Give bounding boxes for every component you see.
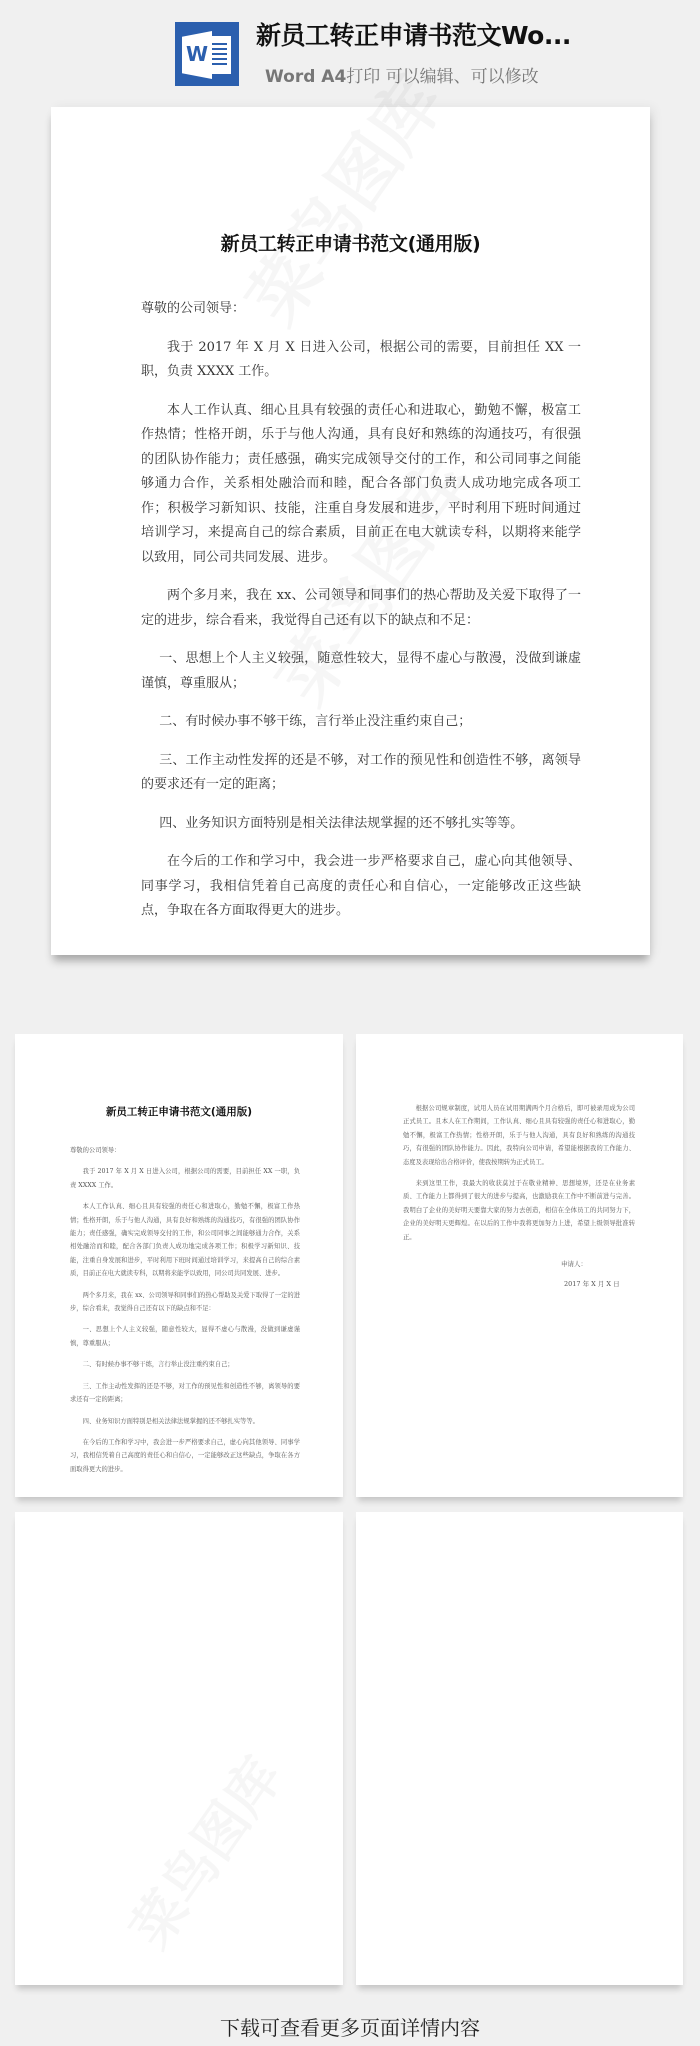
document-title: 新员工转正申请书范文Wo... (256, 16, 571, 52)
paragraph: 来到这里工作，我最大的收获莫过于在敬业精神、思想境界，还是在业务素质、工作能力上… (403, 1177, 635, 1244)
salutation: 尊敬的公司领导： (70, 1144, 300, 1157)
subtitle-format: Word A4 (265, 67, 346, 87)
page-thumbnail-1[interactable]: 新员工转正申请书范文(通用版) 尊敬的公司领导： 我于 2017 年 X 月 X… (15, 1034, 343, 1497)
page-title: 新员工转正申请书范文(通用版) (51, 229, 650, 256)
paragraph: 两个多月来，我在 xx、公司领导和同事们的热心帮助及关爱下取得了一定的进步，综合… (70, 1289, 300, 1316)
main-document-page: 菜鸟图库 菜鸟图库 新员工转正申请书范文(通用版) 尊敬的公司领导： 我于 20… (51, 107, 650, 955)
thumbnail-title: 新员工转正申请书范文(通用版) (15, 1104, 343, 1119)
paragraph: 两个多月来，我在 xx、公司领导和同事们的热心帮助及关爱下取得了一定的进步，综合… (141, 584, 581, 633)
paragraph: 在今后的工作和学习中，我会进一步严格要求自己，虚心向其他领导、同事学习，我相信凭… (70, 1436, 300, 1476)
paragraph: 一、思想上个人主义较强，随意性较大，显得不虚心与散漫，没做到谦虚谨慎，尊重服从； (70, 1323, 300, 1350)
thumbnail-body: 根据公司规章制度，试用人员在试用期满两个月合格后，即可被录用成为公司正式员工。且… (403, 1102, 635, 1252)
paragraph: 本人工作认真、细心且具有较强的责任心和进取心，勤勉不懈，极富工作热情；性格开朗，… (141, 399, 581, 571)
application-date: 2017 年 X 月 X 日 (564, 1279, 620, 1288)
page-thumbnail-3[interactable]: 菜鸟图库 (15, 1512, 343, 1985)
paragraph: 一、思想上个人主义较强，随意性较大，显得不虚心与散漫，没做到谦虚谨慎，尊重服从； (141, 647, 581, 696)
paragraph: 我于 2017 年 X 月 X 日进入公司，根据公司的需要，目前担任 XX 一职… (141, 336, 581, 385)
paragraph: 在今后的工作和学习中，我会进一步严格要求自己，虚心向其他领导、同事学习，我相信凭… (141, 850, 581, 924)
thumbnail-body: 尊敬的公司领导： 我于 2017 年 X 月 X 日进入公司，根据公司的需要，目… (70, 1144, 300, 1484)
paragraph: 四、业务知识方面特别是相关法律法规掌握的还不够扎实等等。 (70, 1415, 300, 1428)
subtitle-description: 打印 可以编辑、可以修改 (346, 67, 538, 87)
paragraph: 根据公司规章制度，试用人员在试用期满两个月合格后，即可被录用成为公司正式员工。且… (403, 1102, 635, 1169)
paragraph: 二、有时候办事不够干练，言行举止没注重约束自己； (70, 1358, 300, 1371)
document-subtitle: Word A4打印 可以编辑、可以修改 (265, 62, 539, 87)
paragraph: 二、有时候办事不够干练，言行举止没注重约束自己； (141, 710, 581, 735)
header: W 新员工转正申请书范文Wo... Word A4打印 可以编辑、可以修改 (0, 0, 700, 100)
page-thumbnail-4[interactable] (356, 1512, 683, 1985)
word-letter: W (184, 42, 210, 66)
watermark: 菜鸟图库 (110, 1740, 297, 1961)
paragraph: 三、工作主动性发挥的还是不够，对工作的预见性和创造性不够，离领导的要求还有一定的… (141, 749, 581, 798)
salutation: 尊敬的公司领导： (141, 297, 581, 322)
more-pages-hint: 下载可查看更多页面详情内容 (0, 2012, 700, 2041)
page-thumbnail-2[interactable]: 根据公司规章制度，试用人员在试用期满两个月合格后，即可被录用成为公司正式员工。且… (356, 1034, 683, 1497)
word-icon: W (175, 22, 239, 86)
paragraph: 本人工作认真、细心且具有较强的责任心和进取心，勤勉不懈，极富工作热情；性格开朗，… (70, 1200, 300, 1280)
paragraph: 四、业务知识方面特别是相关法律法规掌握的还不够扎实等等。 (141, 812, 581, 837)
document-body: 尊敬的公司领导： 我于 2017 年 X 月 X 日进入公司，根据公司的需要，目… (141, 297, 581, 938)
paragraph: 我于 2017 年 X 月 X 日进入公司，根据公司的需要，目前担任 XX 一职… (70, 1165, 300, 1192)
applicant-label: 申请人： (561, 1259, 587, 1268)
paragraph: 三、工作主动性发挥的还是不够，对工作的预见性和创造性不够，离领导的要求还有一定的… (70, 1380, 300, 1407)
